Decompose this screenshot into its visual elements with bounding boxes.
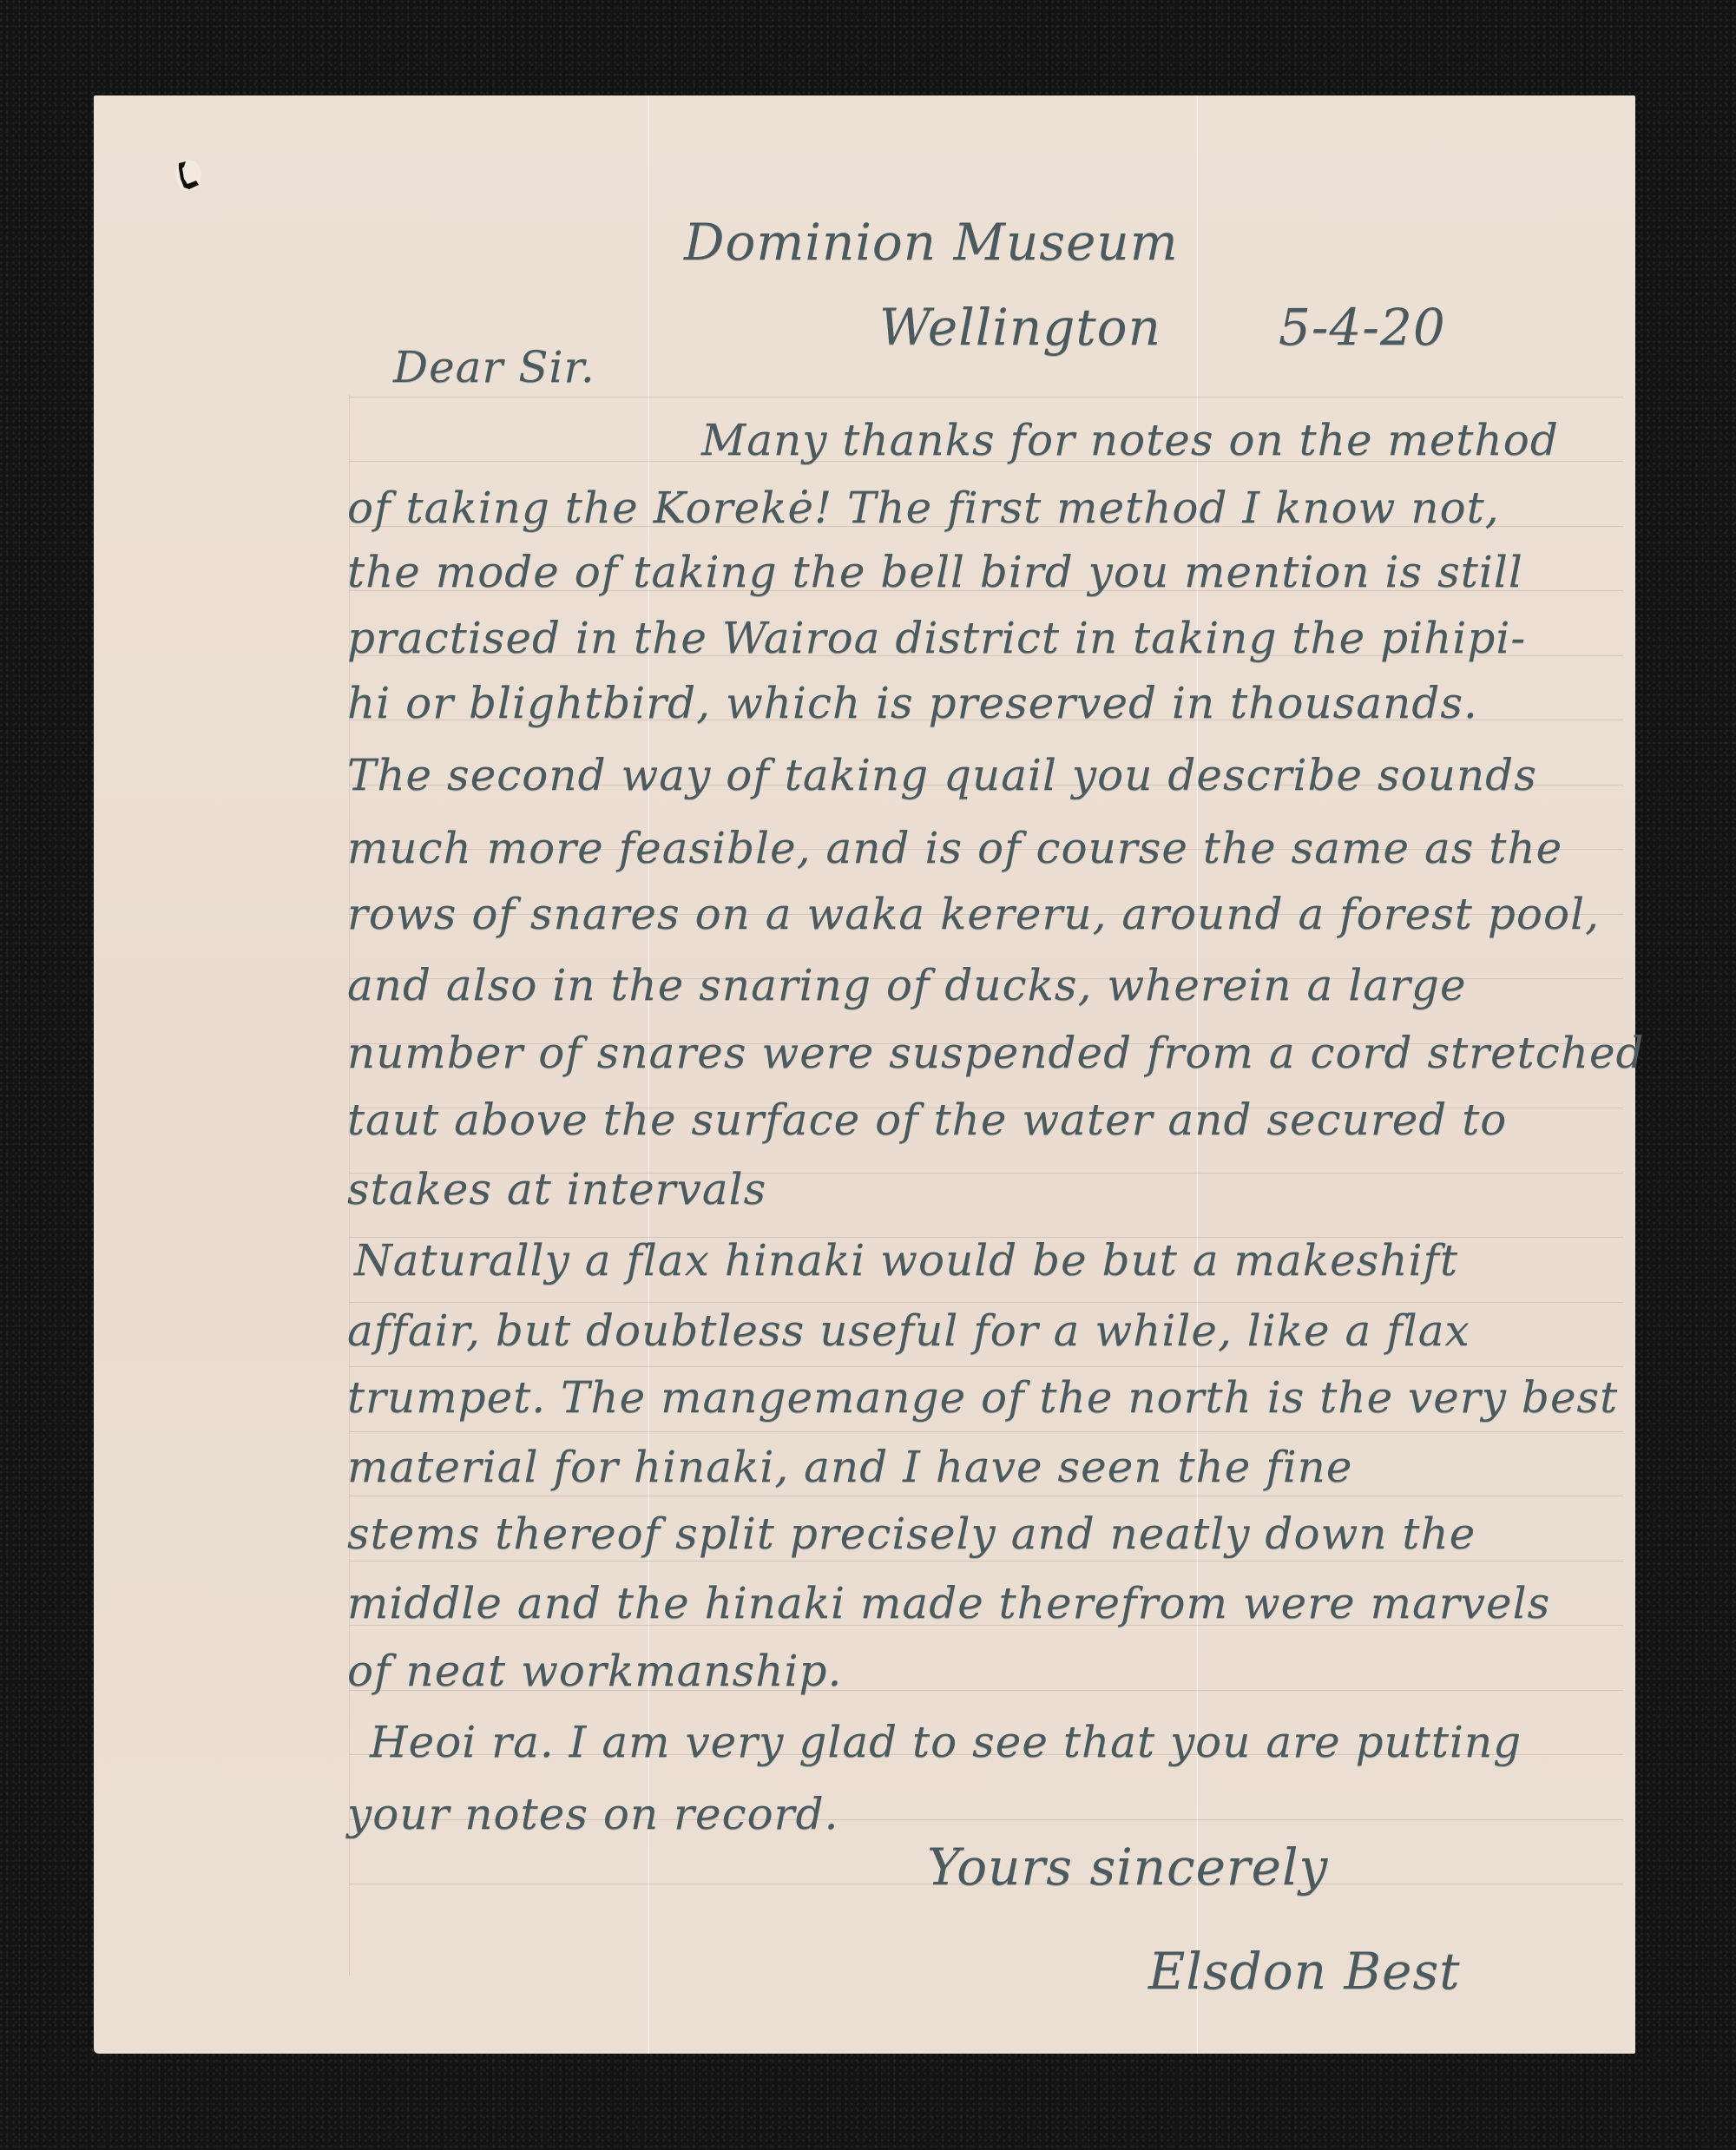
punch-hole-icon — [174, 156, 203, 194]
body-line: your notes on record. — [347, 1792, 838, 1836]
salutation: Dear Sir. — [393, 345, 595, 389]
ruled-line — [349, 1431, 1623, 1432]
body-line: affair, but doubtless useful for a while… — [347, 1309, 1470, 1352]
closing: Yours sincerely — [927, 1842, 1328, 1892]
body-line: of taking the Korekė! The first method I… — [347, 486, 1500, 529]
body-line: much more feasible, and is of course the… — [347, 826, 1562, 870]
body-line: material for hinaki, and I have seen the… — [347, 1445, 1352, 1489]
letter-paper: Dominion Museum Wellington 5-4-20 Dear S… — [94, 95, 1635, 2054]
body-line: of neat workmanship. — [347, 1649, 842, 1693]
body-line: Naturally a flax hinaki would be but a m… — [354, 1239, 1458, 1282]
letterhead-place: Wellington — [879, 302, 1161, 352]
body-line: trumpet. The mangemange of the north is … — [347, 1376, 1618, 1419]
body-line: The second way of taking quail you descr… — [347, 753, 1537, 797]
body-line: Many thanks for notes on the method — [701, 418, 1559, 462]
body-line: stakes at intervals — [347, 1167, 766, 1211]
letterhead-institution: Dominion Museum — [684, 217, 1179, 267]
letterhead-date: 5-4-20 — [1279, 302, 1446, 352]
body-line: middle and the hinaki made therefrom wer… — [347, 1581, 1550, 1625]
body-line: and also in the snaring of ducks, wherei… — [347, 963, 1467, 1007]
ruled-line — [349, 1496, 1623, 1496]
ruled-line — [349, 1561, 1623, 1562]
signature: Elsdon Best — [1148, 1946, 1461, 1996]
body-line: hi or blightbird, which is preserved in … — [347, 681, 1478, 725]
body-line: taut above the surface of the water and … — [347, 1098, 1507, 1141]
body-line: stems thereof split precisely and neatly… — [347, 1512, 1476, 1555]
ruled-line — [349, 397, 1623, 398]
body-line: the mode of taking the bell bird you men… — [347, 550, 1523, 594]
body-line: practised in the Wairoa district in taki… — [347, 616, 1526, 660]
body-line: Heoi ra. I am very glad to see that you … — [370, 1720, 1522, 1764]
body-line: number of snares were suspended from a c… — [347, 1031, 1645, 1075]
ruled-line — [349, 1366, 1623, 1367]
body-line: rows of snares on a waka kereru, around … — [347, 892, 1600, 936]
ruled-line — [349, 1302, 1623, 1303]
